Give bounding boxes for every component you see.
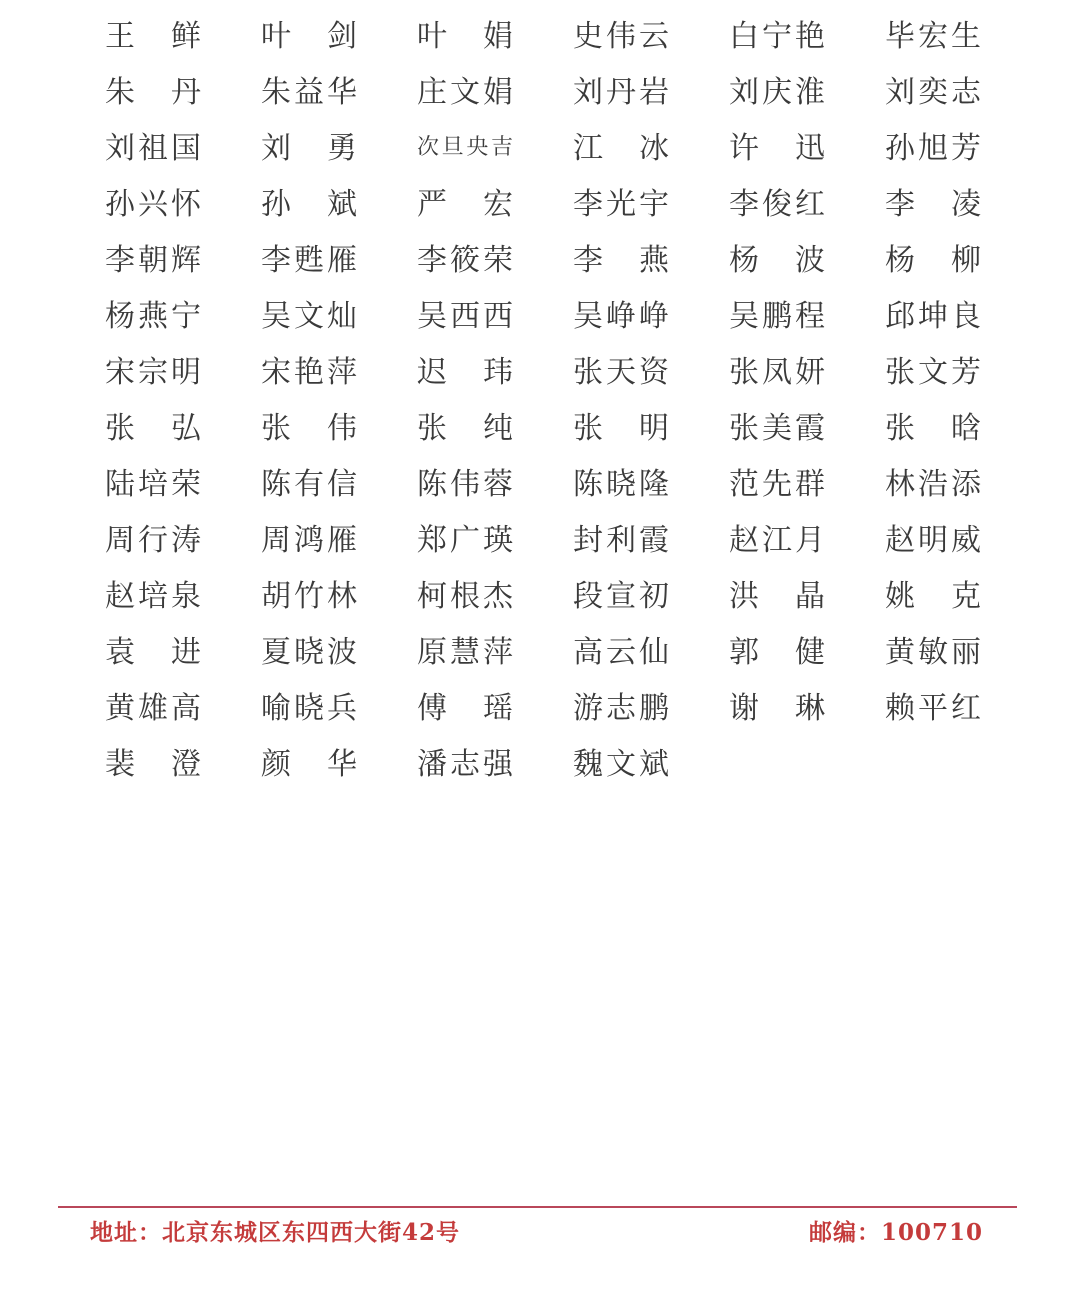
- person-name: 孙斌: [261, 188, 357, 221]
- footer-address: 地址：北京东城区东四西大街42号: [90, 1214, 460, 1247]
- person-name: 赵培泉: [105, 580, 201, 613]
- footer: 地址：北京东城区东四西大街42号 邮编：100710: [90, 1214, 983, 1247]
- person-name: 许迅: [729, 132, 825, 165]
- name-row: 宋宗明宋艳萍迟玮张天资张凤妍张文芳: [105, 344, 1041, 400]
- person-name: 刘丹岩: [573, 76, 669, 109]
- person-name: 朱丹: [105, 76, 201, 109]
- person-name: 张明: [573, 412, 669, 445]
- person-name: 邱坤良: [885, 300, 981, 333]
- person-name: 柯根杰: [417, 580, 513, 613]
- address-value: 北京东城区东四西大街42号: [162, 1219, 460, 1246]
- person-name: 吴文灿: [261, 300, 357, 333]
- person-name: 李甦雁: [261, 244, 357, 277]
- person-name: 张美霞: [729, 412, 825, 445]
- person-name: 陈晓隆: [573, 468, 669, 501]
- person-name: 叶娟: [417, 20, 513, 53]
- person-name: 庄文娟: [417, 76, 513, 109]
- person-name: 刘奕志: [885, 76, 981, 109]
- person-name: 王鲜: [105, 20, 201, 53]
- person-name: 孙兴怀: [105, 188, 201, 221]
- person-name: 游志鹏: [573, 692, 669, 725]
- name-row: 刘祖国刘勇次旦央吉江冰许迅孙旭芳: [105, 120, 1041, 176]
- person-name: 裴澄: [105, 748, 201, 781]
- person-name: 潘志强: [417, 748, 513, 781]
- person-name: 黄敏丽: [885, 636, 981, 669]
- person-name: 范先群: [729, 468, 825, 501]
- name-row: 李朝辉李甦雁李筱荣李燕杨波杨柳: [105, 232, 1041, 288]
- name-list: 王鲜叶剑叶娟史伟云白宁艳毕宏生朱丹朱益华庄文娟刘丹岩刘庆淮刘奕志刘祖国刘勇次旦央…: [105, 8, 1041, 792]
- person-name: 张伟: [261, 412, 357, 445]
- name-row: 王鲜叶剑叶娟史伟云白宁艳毕宏生: [105, 8, 1041, 64]
- name-row: 周行涛周鸿雁郑广瑛封利霞赵江月赵明威: [105, 512, 1041, 568]
- postal-value: 100710: [881, 1219, 983, 1246]
- name-row: 杨燕宁吴文灿吴西西吴峥峥吴鹏程邱坤良: [105, 288, 1041, 344]
- person-name: 喻晓兵: [261, 692, 357, 725]
- person-name: 周行涛: [105, 524, 201, 557]
- person-name: 吴西西: [417, 300, 513, 333]
- person-name: 颜华: [261, 748, 357, 781]
- person-name: 杨柳: [885, 244, 981, 277]
- person-name: 李凌: [885, 188, 981, 221]
- person-name: 姚克: [885, 580, 981, 613]
- person-name: 李燕: [573, 244, 669, 277]
- person-name: 高云仙: [573, 636, 669, 669]
- person-name: 林浩添: [885, 468, 981, 501]
- person-name: 李朝辉: [105, 244, 201, 277]
- person-name: 封利霞: [573, 524, 669, 557]
- name-row: 孙兴怀孙斌严宏李光宇李俊红李凌: [105, 176, 1041, 232]
- person-name: 张弘: [105, 412, 201, 445]
- person-name: 宋宗明: [105, 356, 201, 389]
- person-name: 原慧萍: [417, 636, 513, 669]
- document-page: 王鲜叶剑叶娟史伟云白宁艳毕宏生朱丹朱益华庄文娟刘丹岩刘庆淮刘奕志刘祖国刘勇次旦央…: [0, 0, 1080, 1306]
- person-name: 朱益华: [261, 76, 357, 109]
- person-name: 陈伟蓉: [417, 468, 513, 501]
- person-name: 张晗: [885, 412, 981, 445]
- person-name: 白宁艳: [729, 20, 825, 53]
- person-name: 次旦央吉: [417, 136, 513, 160]
- person-name: 魏文斌: [573, 748, 669, 781]
- name-row: 赵培泉胡竹林柯根杰段宣初洪晶姚克: [105, 568, 1041, 624]
- person-name: 迟玮: [417, 356, 513, 389]
- person-name: 刘祖国: [105, 132, 201, 165]
- person-name: 郭健: [729, 636, 825, 669]
- address-label: 地址：: [90, 1219, 162, 1246]
- footer-divider: [58, 1206, 1017, 1208]
- person-name: 杨燕宁: [105, 300, 201, 333]
- person-name: 傅瑶: [417, 692, 513, 725]
- person-name: 叶剑: [261, 20, 357, 53]
- person-name: 宋艳萍: [261, 356, 357, 389]
- name-row: 朱丹朱益华庄文娟刘丹岩刘庆淮刘奕志: [105, 64, 1041, 120]
- person-name: 张纯: [417, 412, 513, 445]
- person-name: 黄雄高: [105, 692, 201, 725]
- person-name: 胡竹林: [261, 580, 357, 613]
- person-name: 张凤妍: [729, 356, 825, 389]
- person-name: 吴峥峥: [573, 300, 669, 333]
- postal-label: 邮编：: [809, 1219, 881, 1246]
- person-name: 袁进: [105, 636, 201, 669]
- person-name: 刘勇: [261, 132, 357, 165]
- name-row: 张弘张伟张纯张明张美霞张晗: [105, 400, 1041, 456]
- person-name: 郑广瑛: [417, 524, 513, 557]
- person-name: 赵江月: [729, 524, 825, 557]
- name-row: 裴澄颜华潘志强魏文斌: [105, 736, 1041, 792]
- person-name: 张天资: [573, 356, 669, 389]
- person-name: 刘庆淮: [729, 76, 825, 109]
- person-name: 严宏: [417, 188, 513, 221]
- person-name: 赖平红: [885, 692, 981, 725]
- person-name: 周鸿雁: [261, 524, 357, 557]
- person-name: 张文芳: [885, 356, 981, 389]
- person-name: 洪晶: [729, 580, 825, 613]
- person-name: 赵明威: [885, 524, 981, 557]
- person-name: 孙旭芳: [885, 132, 981, 165]
- person-name: 陆培荣: [105, 468, 201, 501]
- person-name: 杨波: [729, 244, 825, 277]
- person-name: 段宣初: [573, 580, 669, 613]
- person-name: 李俊红: [729, 188, 825, 221]
- name-row: 陆培荣陈有信陈伟蓉陈晓隆范先群林浩添: [105, 456, 1041, 512]
- person-name: 谢琳: [729, 692, 825, 725]
- person-name: 江冰: [573, 132, 669, 165]
- name-row: 袁进夏晓波原慧萍高云仙郭健黄敏丽: [105, 624, 1041, 680]
- person-name: 夏晓波: [261, 636, 357, 669]
- person-name: 陈有信: [261, 468, 357, 501]
- footer-postal: 邮编：100710: [809, 1214, 983, 1247]
- person-name: 毕宏生: [885, 20, 981, 53]
- name-row: 黄雄高喻晓兵傅瑶游志鹏谢琳赖平红: [105, 680, 1041, 736]
- person-name: 吴鹏程: [729, 300, 825, 333]
- person-name: 史伟云: [573, 20, 669, 53]
- person-name: 李筱荣: [417, 244, 513, 277]
- person-name: 李光宇: [573, 188, 669, 221]
